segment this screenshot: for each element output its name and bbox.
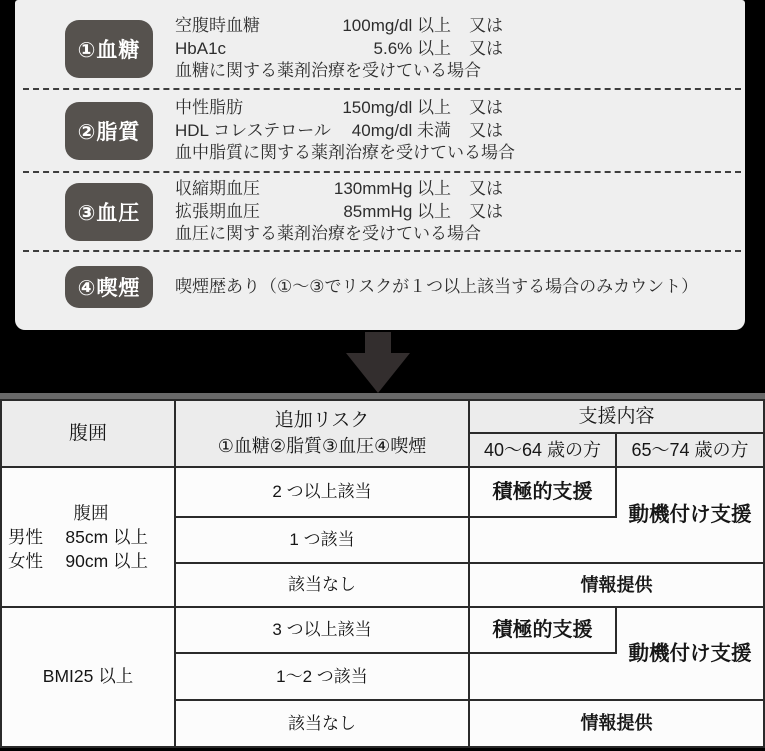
risk-row-smoking: ④喫煙 喫煙歴あり（①～③でリスクが１つ以上該当する場合のみカウント） [15,252,745,322]
risk-count-cell-3plus: 3 つ以上該当 [176,608,470,654]
risk-row-blood-sugar: ①血糖 空腹時血糖 100mg/dl 以上 又は HbA1c 5.6% 以上 又… [15,10,745,88]
guidance-table: 腹囲 追加リスク ①血糖②脂質③血圧④喫煙 支援内容 40～64 歳の方 65～… [0,399,765,748]
criteria-line: 喫煙歴あり（①～③でリスクが１つ以上該当する場合のみカウント） [175,276,698,299]
motivational-support-cell-1: 動機付け支援 [617,468,763,564]
dashed-divider [23,88,741,90]
criteria-line: 中性脂肪 150mg/dl 以上 又は [175,97,515,120]
information-cell-1: 情報提供 [470,564,763,608]
active-support-cell-2: 積極的支援 [470,608,617,654]
criteria-line: 血中脂質に関する薬剤治療を受けている場合 [175,142,515,165]
criterion-suffix: 又は [469,97,503,120]
header-additional-risk-subtitle: ①血糖②脂質③血圧④喫煙 [218,435,427,458]
criterion-suffix: 又は [469,38,503,61]
waist-group-line: 女性 90cm 以上 [8,549,174,573]
criterion-label: 空腹時血糖 [175,15,333,38]
criteria-line: 空腹時血糖 100mg/dl 以上 又は [175,15,503,38]
motivational-support-extension-1 [470,518,617,564]
information-cell-2: 情報提供 [470,701,763,746]
criteria-line: HDL コレステロール 40mg/dl 未満 又は [175,120,515,143]
header-additional-risk-title: 追加リスク [275,409,370,433]
motivational-support-cell-2: 動機付け支援 [617,608,763,701]
down-arrow-icon [346,332,410,393]
bmi-group-cell: BMI25 以上 [2,608,176,746]
criterion-label: 収縮期血圧 [175,178,333,201]
risk-criteria-panel: ①血糖 空腹時血糖 100mg/dl 以上 又は HbA1c 5.6% 以上 又… [15,0,745,330]
criterion-label: 血圧に関する薬剤治療を受けている場合 [175,223,481,246]
badge-blood-sugar: ①血糖 [65,20,153,78]
waist-group-line: 男性 85cm 以上 [8,525,174,549]
header-age-65-74-cell: 65～74 歳の方 [617,434,763,468]
criterion-label: 喫煙歴あり（①～③でリスクが１つ以上該当する場合のみカウント） [175,276,698,299]
criteria-line: 拡張期血圧 85mmHg 以上 又は [175,201,503,224]
risk-count-cell-1to2: 1～2 つ該当 [176,654,470,701]
criterion-value: 5.6% 以上 [333,38,451,61]
criterion-label: 中性脂肪 [175,97,333,120]
waist-group-label: 腹囲 男性 85cm 以上 女性 90cm 以上 [2,501,174,573]
criterion-suffix: 又は [469,201,503,224]
criteria-line: 血糖に関する薬剤治療を受けている場合 [175,60,503,83]
arrow-head [346,353,410,393]
risk-count-cell-1: 1 つ該当 [176,518,470,564]
criteria-smoking: 喫煙歴あり（①～③でリスクが１つ以上該当する場合のみカウント） [175,276,698,299]
criteria-blood-pressure: 収縮期血圧 130mmHg 以上 又は 拡張期血圧 85mmHg 以上 又は 血… [175,178,503,246]
motivational-support-extension-2 [470,654,617,701]
header-age-40-64-cell: 40～64 歳の方 [470,434,617,468]
risk-count-cell-none-1: 該当なし [176,564,470,608]
header-support-cell: 支援内容 [470,401,763,434]
badge-smoking: ④喫煙 [65,266,153,308]
criteria-line: HbA1c 5.6% 以上 又は [175,38,503,61]
dashed-divider [23,171,741,173]
criterion-suffix: 又は [469,178,503,201]
criteria-lipids: 中性脂肪 150mg/dl 以上 又は HDL コレステロール 40mg/dl … [175,97,515,165]
risk-count-cell-none-2: 該当なし [176,701,470,746]
badge-lipids: ②脂質 [65,102,153,160]
waist-group-line: 腹囲 [8,501,174,525]
risk-row-lipids: ②脂質 中性脂肪 150mg/dl 以上 又は HDL コレステロール 40mg… [15,92,745,170]
header-additional-risk-cell: 追加リスク ①血糖②脂質③血圧④喫煙 [176,401,470,468]
criterion-label: 血中脂質に関する薬剤治療を受けている場合 [175,142,515,165]
criterion-value: 40mg/dl 未満 [333,120,451,143]
risk-row-blood-pressure: ③血圧 収縮期血圧 130mmHg 以上 又は 拡張期血圧 85mmHg 以上 … [15,175,745,249]
criterion-label: HDL コレステロール [175,120,333,143]
criterion-value: 100mg/dl 以上 [333,15,451,38]
criterion-label: 血糖に関する薬剤治療を受けている場合 [175,60,481,83]
criteria-line: 収縮期血圧 130mmHg 以上 又は [175,178,503,201]
risk-count-cell-2plus: 2 つ以上該当 [176,468,470,518]
criterion-label: 拡張期血圧 [175,201,333,224]
badge-blood-pressure: ③血圧 [65,183,153,241]
active-support-cell-1: 積極的支援 [470,468,617,518]
criterion-value: 150mg/dl 以上 [333,97,451,120]
screenshot-root: ①血糖 空腹時血糖 100mg/dl 以上 又は HbA1c 5.6% 以上 又… [0,0,765,751]
criteria-line: 血圧に関する薬剤治療を受けている場合 [175,223,503,246]
criterion-value: 130mmHg 以上 [333,178,451,201]
criteria-blood-sugar: 空腹時血糖 100mg/dl 以上 又は HbA1c 5.6% 以上 又は 血糖… [175,15,503,83]
criterion-label: HbA1c [175,38,333,61]
waist-group-cell: 腹囲 男性 85cm 以上 女性 90cm 以上 [2,468,176,608]
criterion-suffix: 又は [469,15,503,38]
criterion-suffix: 又は [469,120,503,143]
criterion-value: 85mmHg 以上 [333,201,451,224]
header-waist-cell: 腹囲 [2,401,176,468]
